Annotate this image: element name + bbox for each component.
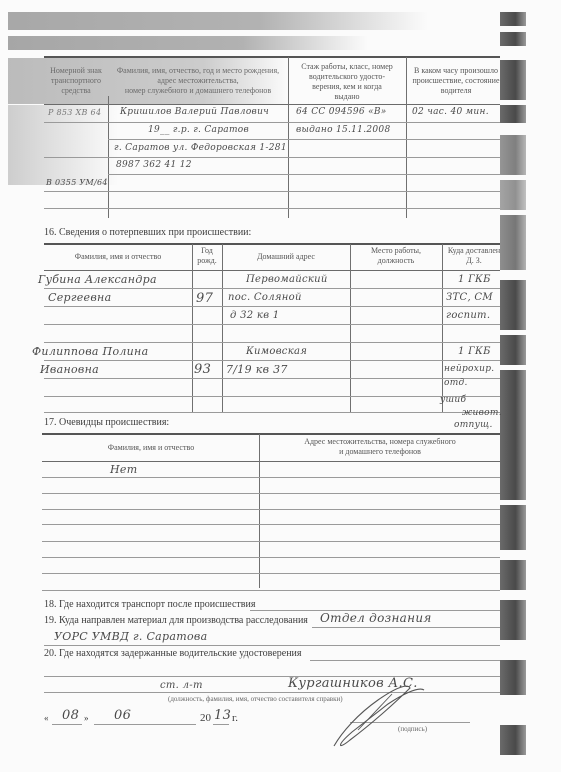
column-divider xyxy=(350,244,351,412)
compiler-position: ст. л-т xyxy=(160,680,203,691)
driver-birth: 19__ г.р. г. Саратов xyxy=(148,125,249,135)
scan-edge-bar xyxy=(500,560,526,590)
driver-address: г. Саратов ул. Федоровская 1-281 xyxy=(114,143,287,153)
header-line: средства xyxy=(44,86,108,96)
date-year-prefix: 20 xyxy=(200,712,211,724)
row-line xyxy=(44,324,500,325)
header-line: происшествие, состояние xyxy=(406,76,506,86)
header-line: транспортного xyxy=(44,76,108,86)
victim-2-patronymic: Ивановна xyxy=(40,363,99,376)
victim-2-address-1: Кимовская xyxy=(246,346,307,357)
header-witness-address: Адрес местожительства, номера служебного… xyxy=(260,437,500,457)
header-line: водителя xyxy=(406,86,506,96)
header-line: рожд. xyxy=(192,256,222,266)
section-19-value-line2: УОРС УМВД г. Саратова xyxy=(54,630,207,643)
driver-plate: Р 853 ХВ 64 xyxy=(48,108,101,117)
table-top-border xyxy=(44,243,500,245)
table-header-border xyxy=(44,104,500,105)
table-header-border xyxy=(44,270,500,271)
scan-edge-bar xyxy=(500,725,526,755)
date-year-unit: г. xyxy=(232,712,238,724)
scan-edge-bar xyxy=(500,370,526,440)
column-divider xyxy=(192,244,193,412)
header-line: адрес местожительства, xyxy=(108,76,288,86)
column-divider xyxy=(288,57,289,218)
row-line xyxy=(108,139,500,140)
date-year-line xyxy=(213,724,229,725)
victim-2-year: 93 xyxy=(194,362,211,377)
compiler-caption: (должность, фамилия, имя, отчество соста… xyxy=(168,695,343,703)
date-month-line xyxy=(94,724,196,725)
header-victim-year: Год рожд. xyxy=(192,246,222,266)
scan-artifact-top-band xyxy=(8,12,428,30)
scan-edge-bar xyxy=(500,600,526,640)
header-line: Номерной знак xyxy=(44,66,108,76)
row-line xyxy=(42,573,500,574)
row-line xyxy=(44,396,500,397)
row-line xyxy=(42,509,500,510)
table-top-border xyxy=(42,433,500,435)
header-person: Фамилия, имя, отчество, год и место рожд… xyxy=(108,66,288,96)
column-divider xyxy=(222,244,223,412)
scan-edge-bar xyxy=(500,660,526,695)
victim-1-address-2: пос. Соляной xyxy=(228,292,302,303)
scan-edge-bar xyxy=(500,32,526,46)
header-plate: Номерной знак транспортного средства xyxy=(44,66,108,96)
witness-1-name: Нет xyxy=(110,463,137,476)
section-18-label: 18. Где находится транспорт после происш… xyxy=(44,599,255,610)
row-line xyxy=(44,122,500,123)
scan-edge-bar xyxy=(500,280,526,330)
column-divider xyxy=(442,244,443,412)
header-line: должность xyxy=(350,256,442,266)
date-close-quote: » xyxy=(84,713,89,723)
row-line xyxy=(44,360,500,361)
header-line: и домашнего телефонов xyxy=(260,447,500,457)
victim-1-name: Губина Александра xyxy=(38,273,157,286)
row-line xyxy=(44,191,500,192)
header-license: Стаж работы, класс, номер водительского … xyxy=(288,62,406,102)
header-line: Год xyxy=(192,246,222,256)
compiler-line xyxy=(44,692,500,693)
victim-2-delivered-5: живот. xyxy=(462,408,502,418)
victim-1-delivered-1: 1 ГКБ xyxy=(458,274,491,285)
row-line xyxy=(44,288,500,289)
scan-edge-bar xyxy=(500,440,526,500)
header-line: Адрес местожительства, номера служебного xyxy=(260,437,500,447)
row-line xyxy=(42,590,500,591)
victim-2-delivered-1: 1 ГКБ xyxy=(458,346,491,357)
victim-1-delivered-2: ЗТС, СМ xyxy=(446,292,493,303)
row-line xyxy=(42,557,500,558)
row-line xyxy=(42,477,500,478)
date-year-suffix: 13 xyxy=(214,708,231,723)
header-line: В каком часу произошло xyxy=(406,66,506,76)
row-line xyxy=(44,157,500,158)
section-17-title: 17. Очевидцы происшествия: xyxy=(44,417,169,428)
scan-edge-bar xyxy=(500,180,526,210)
row-line xyxy=(42,493,500,494)
driver-license-number: 64 СС 094596 «В» xyxy=(296,107,387,117)
header-line: верения, кем и когда xyxy=(288,82,406,92)
victim-1-address-1: Первомайский xyxy=(246,274,328,285)
table-top-border xyxy=(44,56,500,58)
row-line xyxy=(42,524,500,525)
driver-license-issued: выдано 15.11.2008 xyxy=(296,125,390,135)
section-20-answer-line xyxy=(310,660,500,661)
section-19-label: 19. Куда направлен материал для производ… xyxy=(44,615,308,626)
header-victim-work: Место работы, должность xyxy=(350,246,442,266)
row-line xyxy=(108,174,500,175)
header-line: выдано xyxy=(288,92,406,102)
date-month: 06 xyxy=(114,708,131,723)
row-line xyxy=(44,306,500,307)
date-day: 08 xyxy=(62,708,79,723)
victim-2-delivered-4: ушиб xyxy=(440,395,466,405)
victim-1-address-3: д 32 кв 1 xyxy=(230,310,279,321)
section-19-value-line1: Отдел дознания xyxy=(320,611,432,625)
header-line: водительского удосто- xyxy=(288,72,406,82)
driver-time-state: 02 час. 40 мин. xyxy=(412,107,489,117)
table-header-border xyxy=(42,461,500,462)
victim-1-delivered-3: госпит. xyxy=(446,310,490,321)
header-line: Стаж работы, класс, номер xyxy=(288,62,406,72)
row-line xyxy=(44,342,500,343)
header-line: Место работы, xyxy=(350,246,442,256)
scan-artifact-top-band-2 xyxy=(8,36,368,50)
date-day-line xyxy=(52,724,82,725)
section-20-label: 20. Где находятся задержанные водительск… xyxy=(44,648,302,659)
scan-edge-bar xyxy=(500,105,526,123)
scan-edge-bar xyxy=(500,505,526,550)
victim-2-delivered-3: отд. xyxy=(444,378,468,388)
header-victim-delivered: Куда доставлен Д. З. xyxy=(442,246,506,266)
scan-edge-bar xyxy=(500,12,526,26)
signature-scribble xyxy=(328,680,428,752)
header-line: Куда доставлен xyxy=(442,246,506,256)
victim-2-delivered-6: отпущ. xyxy=(454,420,493,430)
row-line xyxy=(44,412,500,413)
header-victim-name: Фамилия, имя и отчество xyxy=(44,252,192,262)
victim-1-year: 97 xyxy=(196,291,213,306)
column-divider xyxy=(406,57,407,218)
header-line: Фамилия, имя, отчество, год и место рожд… xyxy=(108,66,288,76)
driver-phone: 8987 362 41 12 xyxy=(116,160,192,170)
driver-name: Кришилов Валерий Павлович xyxy=(120,107,269,117)
vehicle-plate-2: В 0355 УМ/64 xyxy=(46,178,108,187)
victim-2-delivered-2: нейрохир. xyxy=(444,364,494,374)
header-victim-address: Домашний адрес xyxy=(222,252,350,262)
section-20-answer-line-2 xyxy=(44,676,500,677)
scan-edge-bar xyxy=(500,135,526,175)
header-witness-name: Фамилия, имя и отчество xyxy=(42,443,260,453)
date-open-quote: « xyxy=(44,713,49,723)
section-19-answer-line xyxy=(312,627,500,628)
section-16-title: 16. Сведения о потерпевших при происшест… xyxy=(44,227,251,238)
victim-1-patronymic: Сергеевна xyxy=(48,291,111,304)
victim-2-name: Филиппова Полина xyxy=(32,345,148,358)
column-divider xyxy=(259,434,260,588)
scan-artifact-left-shade xyxy=(8,105,118,185)
section-19-answer-line-2 xyxy=(44,645,500,646)
victim-2-address-2: 7/19 кв 37 xyxy=(226,363,288,376)
row-line xyxy=(44,378,500,379)
row-line xyxy=(44,208,500,209)
header-line: номер служебного и домашнего телефонов xyxy=(108,86,288,96)
row-line xyxy=(42,541,500,542)
scan-edge-bar xyxy=(500,335,526,365)
header-time-state: В каком часу произошло происшествие, сос… xyxy=(406,66,506,96)
header-line: Д. З. xyxy=(442,256,506,266)
